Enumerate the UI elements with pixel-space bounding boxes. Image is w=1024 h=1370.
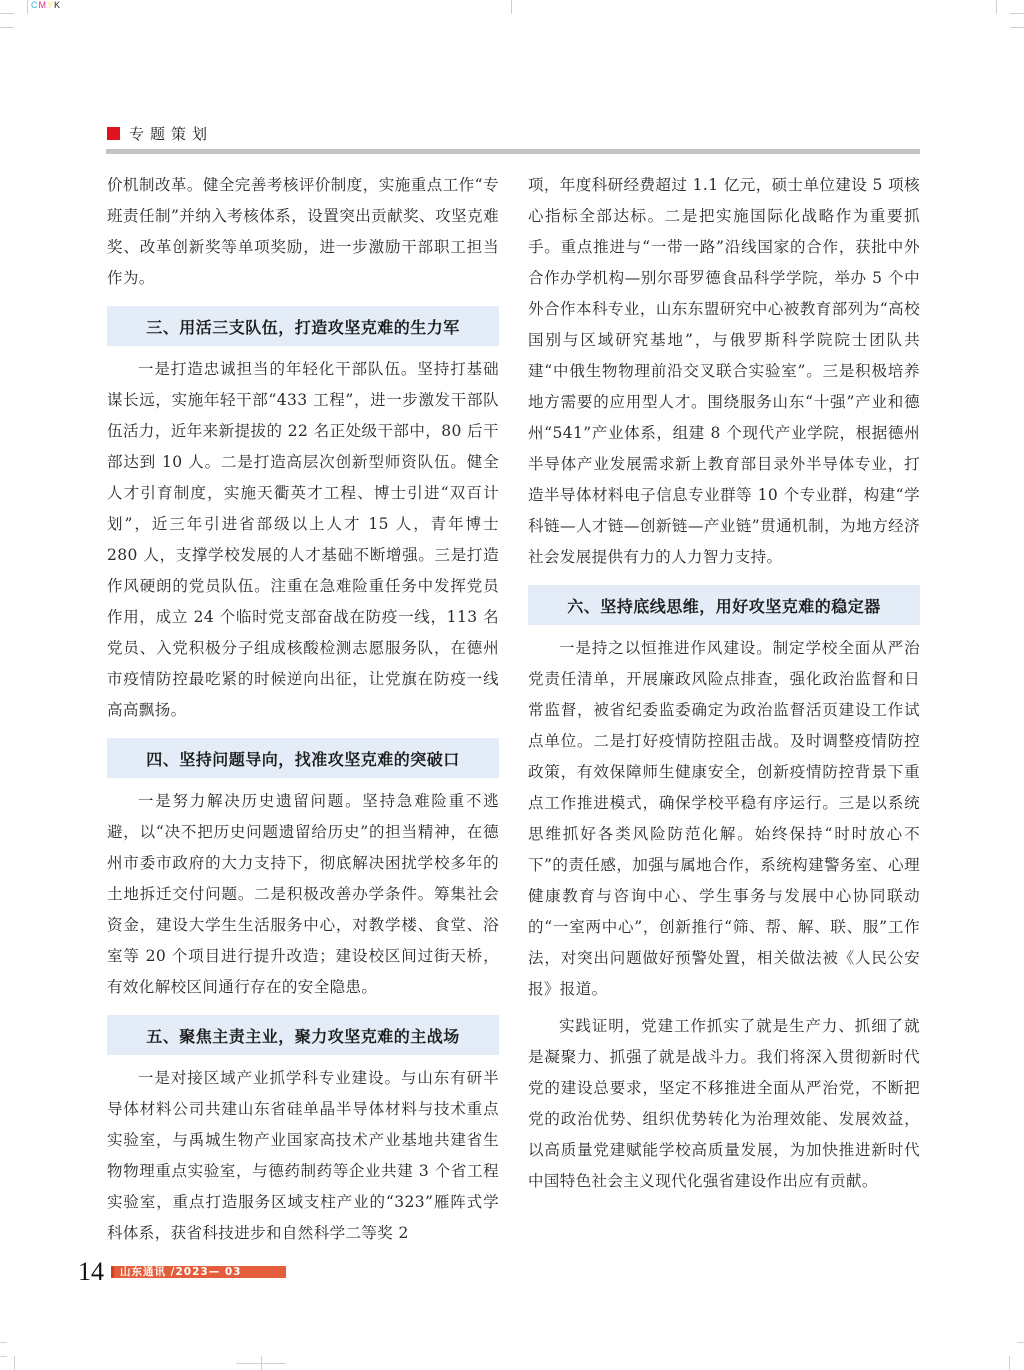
crop-mark xyxy=(996,0,997,14)
paragraph: 项，年度科研经费超过 1.1 亿元，硕士单位建设 5 项核心指标全部达标。二是把… xyxy=(528,170,920,573)
crop-mark xyxy=(1017,1342,1024,1343)
paragraph: 一是对接区域产业抓学科专业建设。与山东有研半导体材料公司共建山东省硅单晶半导体材… xyxy=(107,1063,499,1249)
page-number: 14 xyxy=(78,1258,104,1286)
section-heading-6: 六、坚持底线思维，用好攻坚克难的稳定器 xyxy=(528,585,920,625)
crop-mark xyxy=(0,1356,7,1357)
crop-mark xyxy=(0,1342,7,1343)
cmyk-print-marks: CMYK xyxy=(31,0,61,10)
journal-issue-tag: 山东通讯 /2023— 03 xyxy=(111,1266,286,1278)
section-heading-4: 四、坚持问题导向，找准攻坚克难的突破口 xyxy=(107,738,499,778)
crop-mark xyxy=(0,13,14,14)
crop-mark xyxy=(1010,27,1024,28)
crop-mark xyxy=(27,0,28,14)
crop-mark xyxy=(261,1356,262,1370)
crop-mark xyxy=(511,0,512,14)
section-label: 专题策划 xyxy=(129,123,213,144)
section-header: 专题策划 xyxy=(107,122,213,144)
page-footer: 14 山东通讯 /2023— 03 xyxy=(78,1258,286,1286)
cmyk-y: Y xyxy=(47,0,54,10)
section-heading-5: 五、聚焦主责主业，聚力攻坚克难的主战场 xyxy=(107,1015,499,1055)
paragraph: 价机制改革。健全完善考核评价制度，实施重点工作“专班责任制”并纳入考核体系，设置… xyxy=(107,170,499,294)
crop-mark xyxy=(1009,1356,1010,1370)
crop-mark xyxy=(0,27,14,28)
red-square-icon xyxy=(107,127,120,140)
header-rule xyxy=(106,149,920,154)
cmyk-m: M xyxy=(39,0,48,10)
crop-mark xyxy=(1010,13,1024,14)
crop-mark xyxy=(14,1356,15,1370)
left-column: 价机制改革。健全完善考核评价制度，实施重点工作“专班责任制”并纳入考核体系，设置… xyxy=(107,170,499,1249)
paragraph: 一是打造忠诚担当的年轻化干部队伍。坚持打基础谋长远，实施年轻干部“433 工程”… xyxy=(107,354,499,726)
right-column: 项，年度科研经费超过 1.1 亿元，硕士单位建设 5 项核心指标全部达标。二是把… xyxy=(528,170,920,1197)
cmyk-k: K xyxy=(54,0,61,10)
paragraph: 一是持之以恒推进作风建设。制定学校全面从严治党责任清单，开展廉政风险点排查，强化… xyxy=(528,633,920,1005)
cmyk-c: C xyxy=(31,0,39,10)
paragraph: 一是努力解决历史遗留问题。坚持急难险重不逃避，以“决不把历史问题遗留给历史”的担… xyxy=(107,786,499,1003)
paragraph: 实践证明，党建工作抓实了就是生产力、抓细了就是凝聚力、抓强了就是战斗力。我们将深… xyxy=(528,1011,920,1197)
section-heading-3: 三、用活三支队伍，打造攻坚克难的生力军 xyxy=(107,306,499,346)
